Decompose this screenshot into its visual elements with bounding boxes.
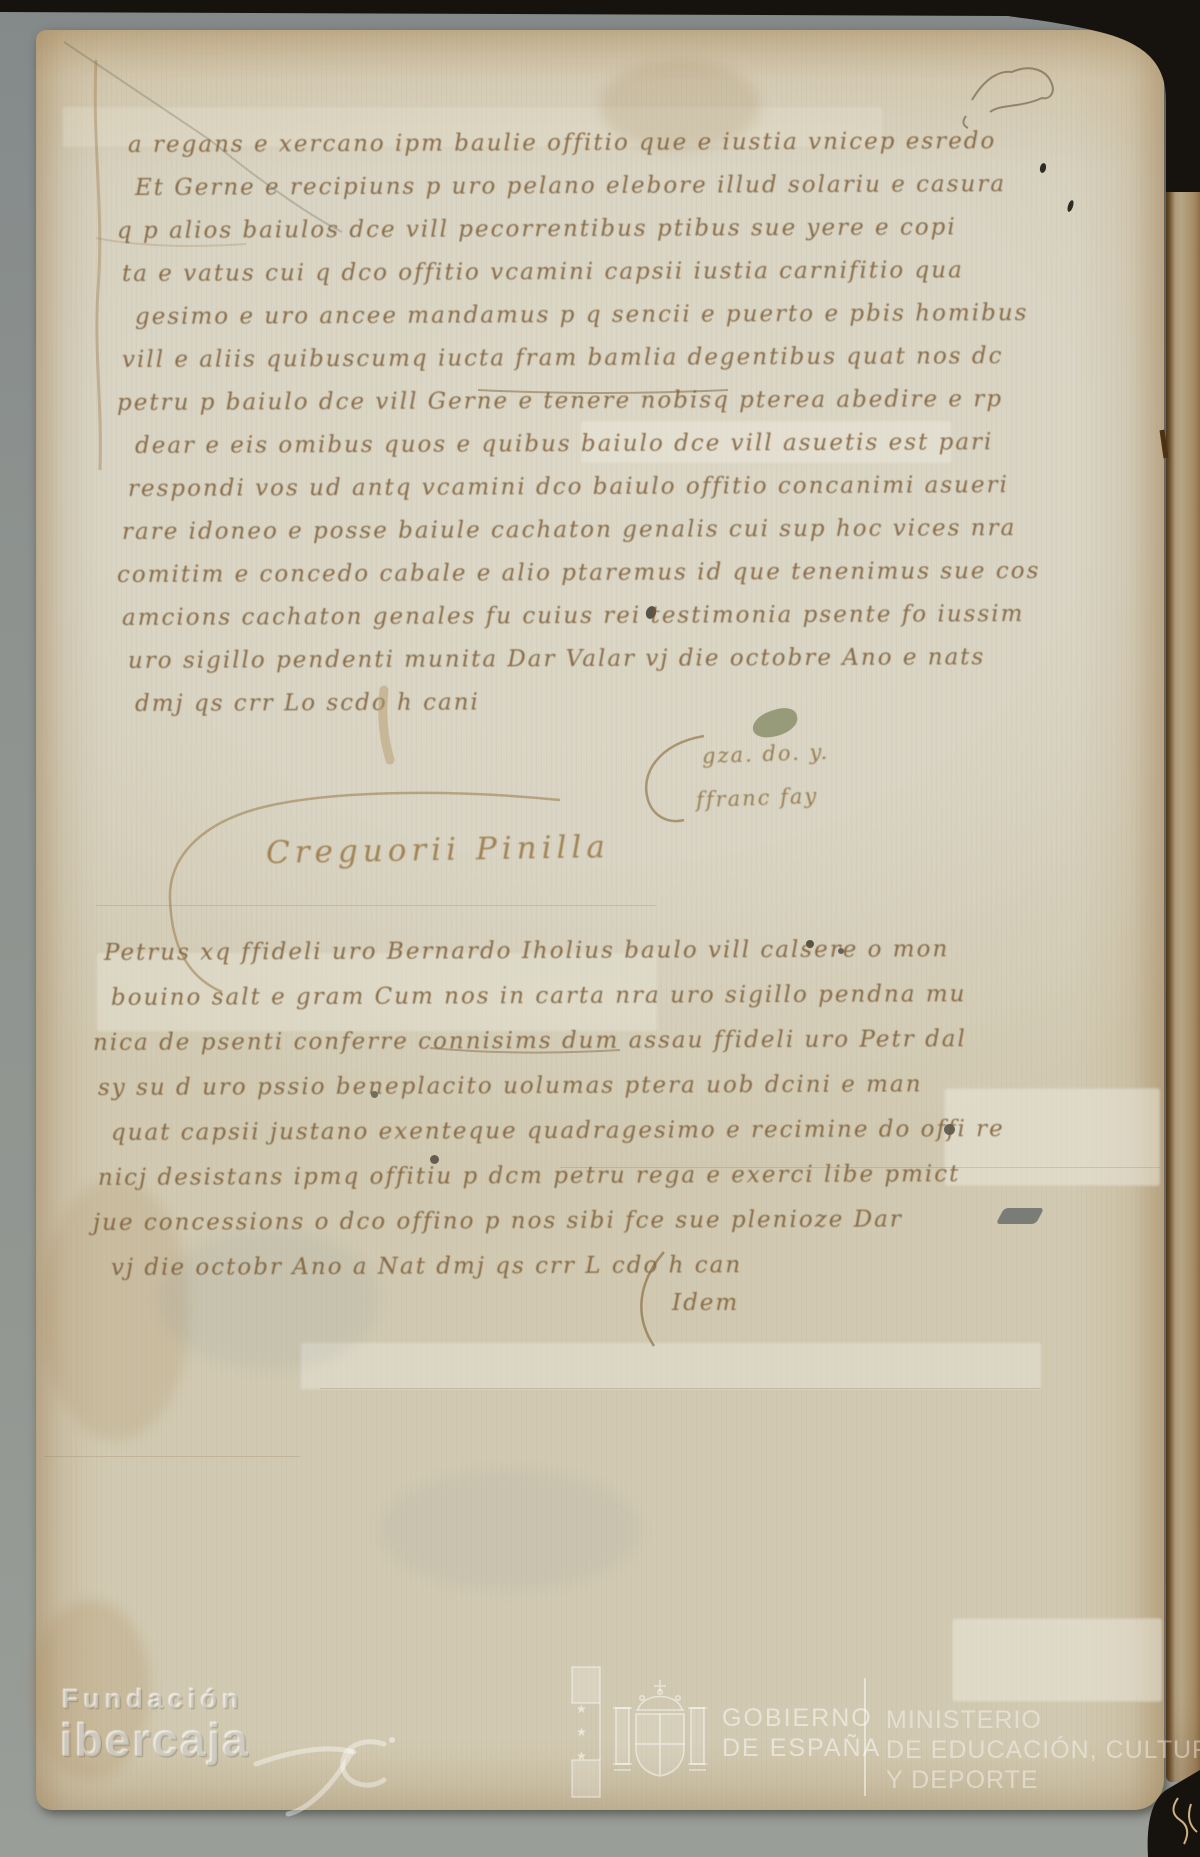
- photograph-of-manuscript-page: { "photo": { "background_color": "#8d928…: [0, 0, 1200, 1857]
- watermark-government-line2: DE ESPAÑA: [722, 1733, 881, 1763]
- watermark-ministry-line2: DE EDUCACIÓN, CULTURA: [886, 1735, 1200, 1765]
- watermark-ministry-line1: MINISTERIO: [886, 1705, 1200, 1735]
- watermark-divider-line: [864, 1678, 866, 1796]
- spain-coat-of-arms-icon: [0, 0, 1200, 1857]
- watermark-government: GOBIERNO DE ESPAÑA: [722, 1703, 881, 1763]
- watermark-government-line1: GOBIERNO: [722, 1703, 881, 1733]
- watermark-ministry-line3: Y DEPORTE: [886, 1765, 1200, 1795]
- watermark-ministry: MINISTERIO DE EDUCACIÓN, CULTURA Y DEPOR…: [886, 1705, 1200, 1795]
